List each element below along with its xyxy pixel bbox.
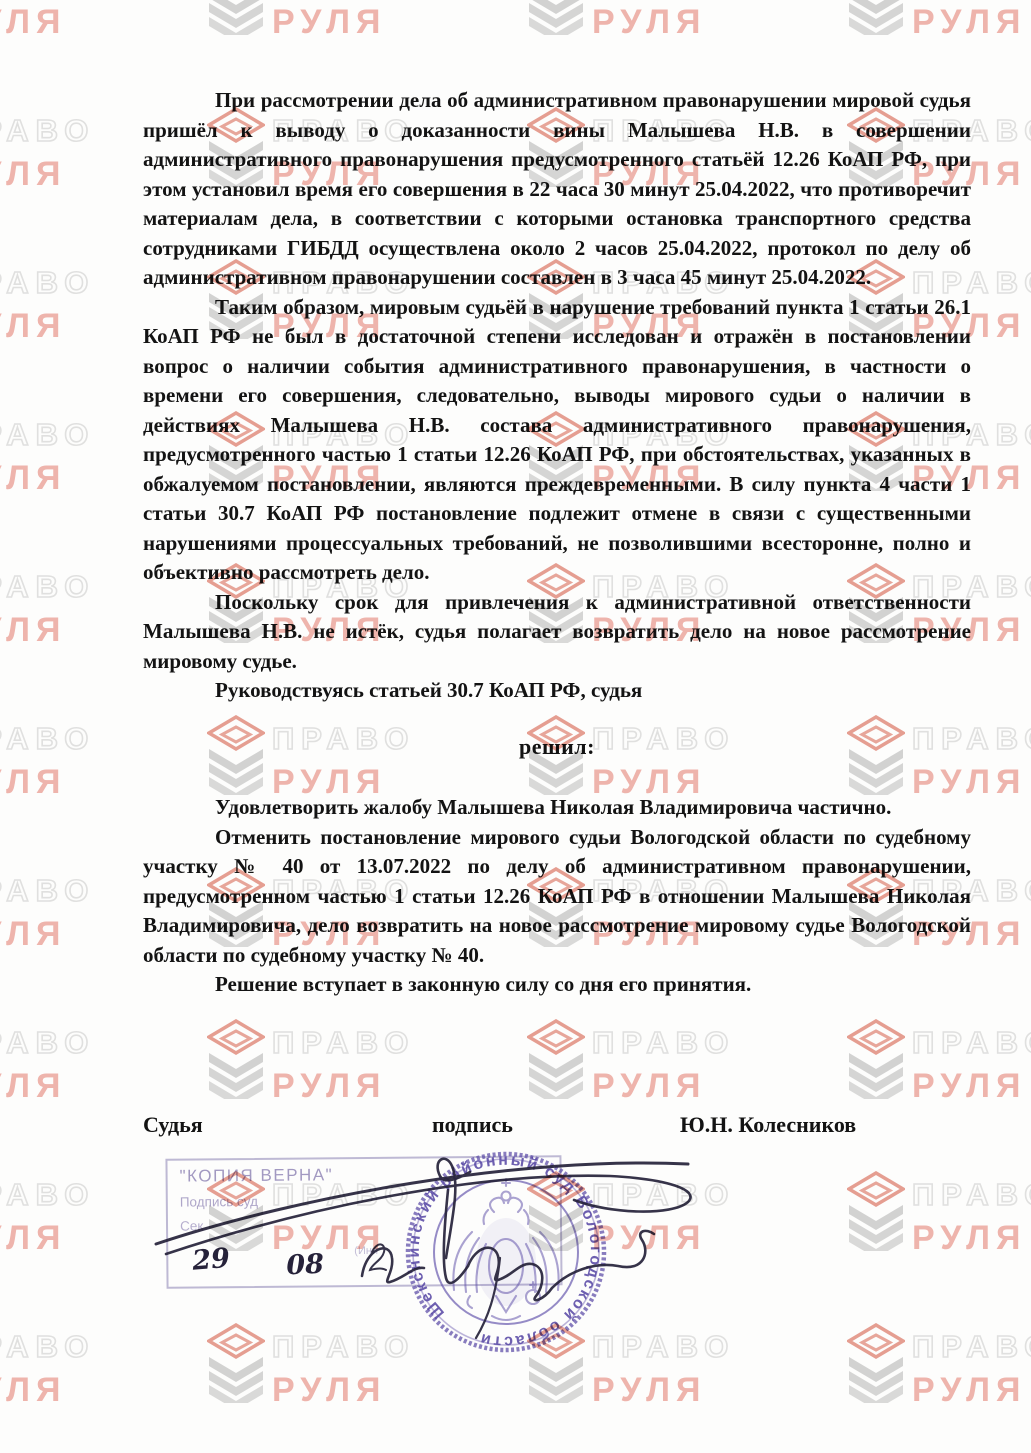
- court-decision-page: При рассмотрении дела об административно…: [0, 0, 1031, 1453]
- paragraph: Руководствуясь статьей 30.7 КоАП РФ, суд…: [143, 676, 971, 706]
- watermark-word-pravo: ПРАВО: [0, 875, 95, 906]
- pravo-rulya-logo-icon: [207, 1323, 265, 1408]
- copy-verified-stamp: "КОПИЯ ВЕРНА" Подпись суд Сек (Ини 29 08: [165, 1155, 562, 1288]
- watermark-word-pravo: ПРАВО: [912, 1027, 1031, 1058]
- copy-stamp-line3: Сек: [180, 1218, 203, 1233]
- copy-stamp-title: "КОПИЯ ВЕРНА": [180, 1165, 334, 1186]
- signature-note: подпись: [432, 1112, 513, 1138]
- watermark-word-pravo: ПРАВО: [912, 1179, 1031, 1210]
- watermark-word-pravo: ПРАВО: [0, 571, 95, 602]
- handwritten-month: 08: [286, 1249, 325, 1282]
- pravo-rulya-logo-icon: [847, 1323, 905, 1408]
- watermark-word-pravo: ПРАВО: [592, 1027, 735, 1058]
- decision-text-block: При рассмотрении дела об административно…: [143, 0, 971, 1000]
- watermark-word-pravo: ПРАВО: [0, 419, 95, 450]
- watermark-word-pravo: ПРАВО: [0, 1331, 95, 1362]
- paragraph: Поскольку срок для привлечения к админис…: [143, 588, 971, 677]
- watermark-word-pravo: ПРАВО: [272, 1331, 415, 1362]
- watermark-word-rulya: РУЛЯ: [912, 1221, 1026, 1255]
- watermark-word-rulya: РУЛЯ: [592, 1373, 706, 1407]
- pravo-rulya-logo-icon: [847, 1019, 905, 1104]
- watermark-word-rulya: РУЛЯ: [592, 1069, 706, 1103]
- watermark-word-rulya: РУЛЯ: [0, 461, 66, 495]
- watermark-word-pravo: ПРАВО: [592, 1331, 735, 1362]
- watermark-word-rulya: РУЛЯ: [0, 5, 66, 39]
- resolution-paragraph: Отменить постановление мирового судьи Во…: [143, 823, 971, 971]
- pravo-rulya-logo-icon: [847, 1171, 905, 1256]
- pravo-rulya-logo-icon: [527, 1019, 585, 1104]
- judge-name: Ю.Н. Колесников: [680, 1112, 856, 1138]
- watermark-word-rulya: РУЛЯ: [592, 1221, 706, 1255]
- watermark-word-pravo: ПРАВО: [0, 1179, 95, 1210]
- handwritten-day: 29: [191, 1243, 231, 1277]
- signature-row: Судья подпись Ю.Н. Колесников: [143, 1112, 971, 1142]
- watermark-word-rulya: РУЛЯ: [0, 613, 66, 647]
- copy-stamp-line2: Подпись суд: [180, 1194, 258, 1210]
- watermark-word-rulya: РУЛЯ: [0, 309, 66, 343]
- pravo-rulya-logo-icon: [527, 1323, 585, 1408]
- watermark-word-rulya: РУЛЯ: [272, 1373, 386, 1407]
- watermark-word-pravo: ПРАВО: [0, 1027, 95, 1058]
- watermark-word-rulya: РУЛЯ: [272, 1069, 386, 1103]
- pravo-rulya-logo-icon: [207, 1019, 265, 1104]
- resolution-heading: решил:: [143, 732, 971, 762]
- watermark-word-rulya: РУЛЯ: [0, 765, 66, 799]
- watermark-word-rulya: РУЛЯ: [912, 1069, 1026, 1103]
- watermark-word-rulya: РУЛЯ: [0, 1373, 66, 1407]
- watermark-word-rulya: РУЛЯ: [0, 157, 66, 191]
- judge-label: Судья: [143, 1112, 203, 1138]
- paragraph: Таким образом, мировым судьёй в нарушени…: [143, 293, 971, 588]
- watermark-word-rulya: РУЛЯ: [0, 1069, 66, 1103]
- watermark-word-pravo: ПРАВО: [272, 1027, 415, 1058]
- paragraph: При рассмотрении дела об административно…: [143, 86, 971, 293]
- resolution-paragraph: Решение вступает в законную силу со дня …: [143, 970, 971, 1000]
- watermark-word-rulya: РУЛЯ: [0, 917, 66, 951]
- watermark-word-pravo: ПРАВО: [592, 1179, 735, 1210]
- watermark-word-pravo: ПРАВО: [0, 723, 95, 754]
- watermark-word-rulya: РУЛЯ: [912, 1373, 1026, 1407]
- watermark-word-rulya: РУЛЯ: [0, 1221, 66, 1255]
- watermark-word-pravo: ПРАВО: [0, 115, 95, 146]
- resolution-paragraph: Удовлетворить жалобу Малышева Николая Вл…: [143, 793, 971, 823]
- copy-stamp-caption-fragment: (Ини: [354, 1245, 378, 1257]
- watermark-word-pravo: ПРАВО: [912, 1331, 1031, 1362]
- watermark-word-pravo: ПРАВО: [0, 267, 95, 298]
